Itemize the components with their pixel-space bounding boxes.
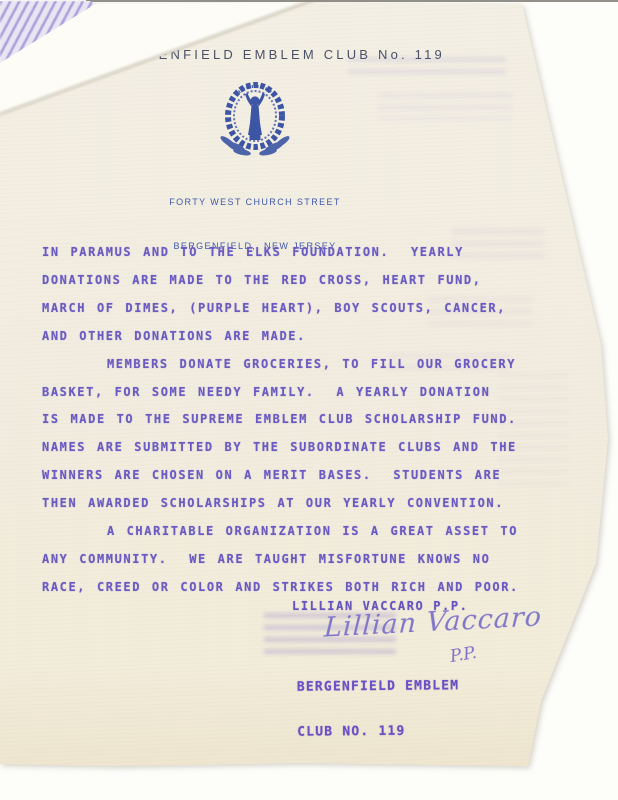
letter-line: NAMES ARE SUBMITTED BY THE SUBORDINATE C…: [42, 434, 562, 462]
letter-paper: BERGENFIELD EMBLEM CLUB No. 119: [0, 1, 618, 771]
ink-bleed-smudge: [428, 297, 532, 327]
ink-bleed-smudge: [498, 373, 568, 491]
ink-bleed-smudge: [348, 57, 506, 78]
letter-line: A CHARITABLE ORGANIZATION IS A GREAT ASS…: [42, 518, 562, 546]
ink-bleed-smudge: [452, 229, 544, 263]
emblem-club-logo-icon: [212, 71, 298, 169]
letter-line: RACE, CREED OR COLOR AND STRIKES BOTH RI…: [42, 574, 562, 602]
letterhead-address-line1: FORTY WEST CHURCH STREET: [0, 195, 510, 210]
handwritten-signature-title: P.P.: [449, 643, 479, 667]
letter-line: DONATIONS ARE MADE TO THE RED CROSS, HEA…: [42, 267, 562, 295]
letter-body: IN PARAMUS AND TO THE ELKS FOUNDATION. Y…: [42, 239, 562, 602]
letter-line: BASKET, FOR SOME NEEDY FAMILY. A YEARLY …: [42, 379, 562, 407]
letter-line: WINNERS ARE CHOSEN ON A MERIT BASES. STU…: [42, 462, 562, 490]
ink-bleed-smudge: [378, 93, 512, 120]
stamp-line2: CLUB NO. 119: [297, 723, 460, 739]
letter-line: ANY COMMUNITY. WE ARE TAUGHT MISFORTUNE …: [42, 546, 562, 574]
stamp-line1: BERGENFIELD EMBLEM: [297, 678, 460, 694]
letter-line: IS MADE TO THE SUPREME EMBLEM CLUB SCHOL…: [42, 406, 562, 434]
ink-bleed-smudge: [388, 353, 510, 375]
club-rubber-stamp: BERGENFIELD EMBLEM CLUB NO. 119: [296, 648, 460, 769]
letter-line: THEN AWARDED SCHOLARSHIPS AT OUR YEARLY …: [42, 490, 562, 518]
scanned-letter-page: BERGENFIELD EMBLEM CLUB No. 119: [0, 0, 618, 800]
